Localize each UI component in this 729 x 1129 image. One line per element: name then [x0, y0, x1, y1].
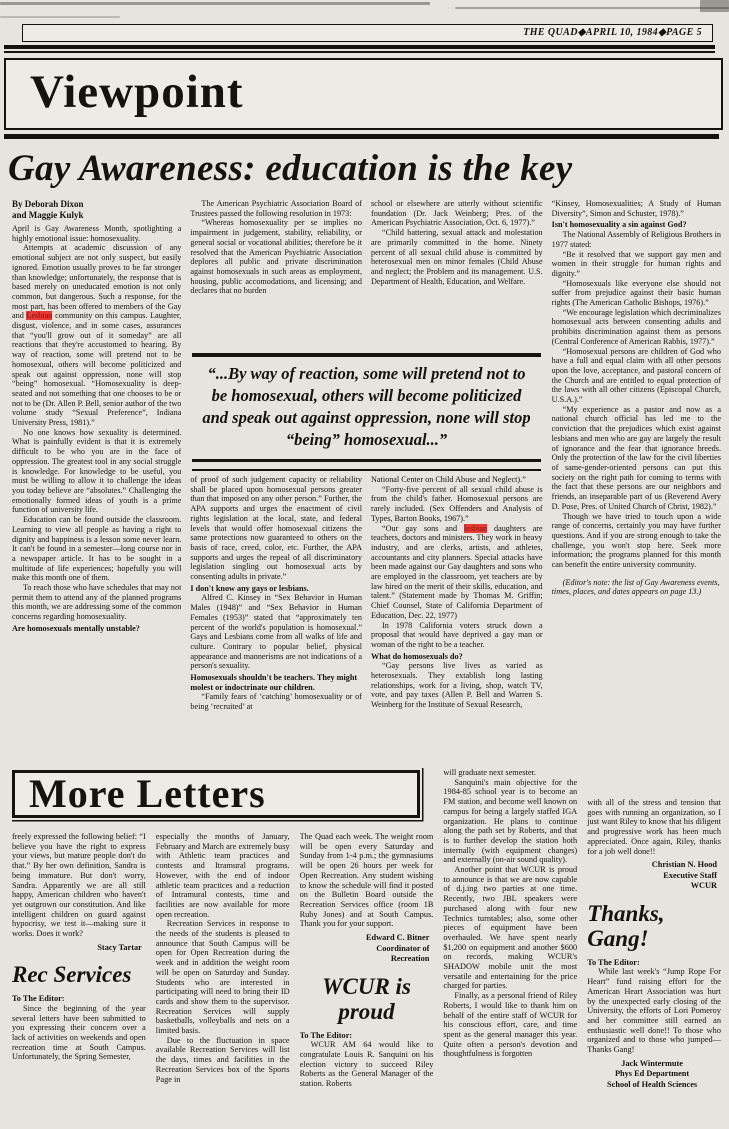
byline-line-2: and Maggie Kulyk [12, 210, 181, 221]
pull-quote-rule-top [192, 353, 540, 357]
article-col-4: “Kinsey, Homosexualities; A Study of Hum… [552, 199, 721, 759]
letter-title: Thanks, Gang! [587, 901, 721, 951]
paragraph: To The Editor: [12, 994, 146, 1004]
paragraph: Attempts at academic discussion of any e… [12, 243, 181, 427]
paragraph: Alfred C. Kinsey in “Sex Behavior in Hum… [190, 593, 362, 671]
letters-col-2: especially the months of January, Februa… [156, 832, 290, 1120]
signature: Edward C. BitnerCoordinator ofRecreation [300, 933, 430, 965]
paragraph: “We encourage legislation which decrimin… [552, 308, 721, 347]
paragraph: freely expressed the following belief: “… [12, 832, 146, 939]
rule [4, 45, 715, 49]
signature: Christian N. HoodExecutive StaffWCUR [587, 860, 717, 892]
section-title-more-letters: More Letters [29, 789, 266, 799]
paragraph: “Homosexuals like everyone else should n… [552, 279, 721, 308]
paragraph: “Forty-five percent of all sexual child … [371, 485, 543, 524]
letter-title: WCUR is proud [300, 974, 434, 1024]
paragraph: Finally, as a personal friend of Riley R… [443, 991, 577, 1059]
scan-artifact [0, 2, 430, 5]
letter-title: Rec Services [12, 962, 146, 987]
paragraph: “Homosexual persons are children of God … [552, 347, 721, 405]
paragraph: What do homosexuals do? [371, 652, 543, 662]
byline: By Deborah Dixon and Maggie Kulyk [12, 199, 181, 221]
paragraph: Education can be found outside the class… [12, 515, 181, 583]
paragraph: “Kinsey, Homosexualities; A Study of Hum… [552, 199, 721, 218]
paragraph: “Be it resolved that we support gay men … [552, 250, 721, 279]
paragraph: especially the months of January, Februa… [156, 832, 290, 919]
signature: Jack WintermutePhys Ed DepartmentSchool … [587, 1059, 717, 1091]
paragraph: In 1978 California voters struck down a … [371, 621, 543, 650]
more-letters-banner: More Letters [12, 770, 420, 818]
rule [4, 134, 719, 139]
letters-col-3: The Quad each week. The weight room will… [300, 832, 434, 1120]
paragraph: No one knows how sexuality is determined… [12, 428, 181, 515]
paragraph: school or elsewhere are utterly without … [371, 199, 543, 228]
byline-line-1: By Deborah Dixon [12, 199, 181, 210]
newspaper-page: THE QUAD◆APRIL 10, 1984◆PAGE 5 Viewpoint… [0, 0, 729, 1129]
paragraph: “Our gay sons and lesbian daughters are … [371, 524, 543, 621]
paragraph: Isn't homosexuality a sin against God? [552, 220, 721, 230]
paragraph: “My experience as a pastor and now as a … [552, 405, 721, 512]
paragraph: The Quad each week. The weight room will… [300, 832, 434, 929]
article-col-2-top: The American Psychiatric Association Boa… [190, 199, 362, 349]
paragraph: Due to the fluctuation in space availabl… [156, 1036, 290, 1085]
paragraph: with all of the stress and tension that … [587, 798, 721, 856]
letters-col-5: with all of the stress and tension that … [587, 798, 721, 1120]
paragraph: Recreation Services in response to the n… [156, 919, 290, 1035]
paragraph: WCUR AM 64 would like to congratulate Lo… [300, 1040, 434, 1089]
paragraph: National Center on Child Abuse and Negle… [371, 475, 543, 485]
paragraph: I don't know any gays or lesbians. [190, 584, 362, 594]
article-col-4-text: “Kinsey, Homosexualities; A Study of Hum… [552, 199, 721, 597]
paragraph: The American Psychiatric Association Boa… [190, 199, 362, 218]
masthead-text: THE QUAD◆APRIL 10, 1984◆PAGE 5 [523, 27, 702, 38]
article-headline: Gay Awareness: education is the key [8, 147, 725, 191]
search-highlight: lesbian [464, 524, 487, 533]
article-col-2-bottom: of proof of such judgement capacity or r… [190, 475, 362, 759]
paragraph: (Editor's note: the list of Gay Awarenes… [552, 578, 721, 597]
pull-quote: “...By way of reaction, some will preten… [200, 363, 532, 451]
scan-artifact [700, 0, 729, 12]
paragraph: To The Editor: [587, 958, 721, 968]
letters-col-4: will graduate next semester.Sanquini's m… [443, 768, 577, 1120]
paragraph: To reach those who have schedules that m… [12, 583, 181, 622]
paragraph: “Family fears of ‘catching’ homosexualit… [190, 692, 362, 711]
pull-quote-rule-bottom [192, 459, 540, 471]
paragraph: While last week's “Jump Rope For Heart” … [587, 967, 721, 1054]
paragraph: The National Assembly of Religious Broth… [552, 230, 721, 249]
paragraph: Homosexuals shouldn't be teachers. They … [190, 673, 362, 692]
paragraph: Another point that WCUR is proud to anno… [443, 865, 577, 991]
paragraph: Since the beginning of the year several … [12, 1004, 146, 1062]
paragraph: Though we have tried to touch upon a wid… [552, 512, 721, 570]
viewpoint-banner: Viewpoint [4, 58, 723, 130]
article-col-1-text: April is Gay Awareness Month, spotlighti… [12, 224, 181, 634]
paragraph: April is Gay Awareness Month, spotlighti… [12, 224, 181, 243]
article-body: By Deborah Dixon and Maggie Kulyk April … [0, 195, 729, 759]
signature: Stacy Tartar [12, 943, 142, 954]
letters-col-1: freely expressed the following belief: “… [12, 832, 146, 1120]
paragraph: To The Editor: [300, 1031, 434, 1041]
paragraph: will graduate next semester. [443, 768, 577, 778]
article-col-2-3: The American Psychiatric Association Boa… [190, 199, 542, 759]
masthead: THE QUAD◆APRIL 10, 1984◆PAGE 5 [22, 24, 713, 42]
paragraph: of proof of such judgement capacity or r… [190, 475, 362, 582]
paragraph: Are homosexuals mentally unstable? [12, 624, 181, 634]
section-title-viewpoint: Viewpoint [30, 64, 711, 120]
scan-artifact [455, 7, 729, 9]
article-col-3-top: school or elsewhere are utterly without … [371, 199, 543, 349]
article-col-1: By Deborah Dixon and Maggie Kulyk April … [12, 199, 181, 759]
scan-artifact [0, 16, 120, 18]
rule [4, 51, 715, 53]
search-highlight: Lesbian [26, 311, 52, 320]
paragraph: “Child battering, sexual attack and mole… [371, 228, 543, 286]
paragraph: Sanquini's main objective for the 1984-8… [443, 778, 577, 865]
paragraph: “Gay persons live lives as varied as het… [371, 661, 543, 710]
article-col-3-bottom: National Center on Child Abuse and Negle… [371, 475, 543, 759]
paragraph: “Whereas homosexuality per se implies no… [190, 218, 362, 296]
letters-section: More Letters freely expressed the follow… [12, 768, 721, 1120]
